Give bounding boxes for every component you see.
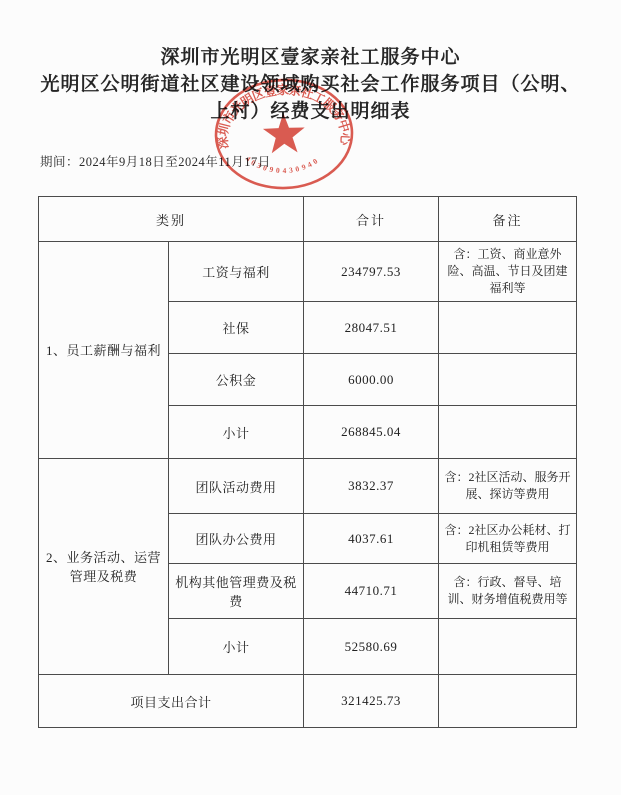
title-line-1: 深圳市光明区壹家亲社工服务中心 — [0, 44, 621, 71]
item-remark: 含：2社区活动、服务开展、探访等费用 — [439, 459, 577, 514]
period-text: 期间：2024年9月18日至2024年11月17日 — [40, 152, 271, 170]
item-amount: 234797.53 — [304, 242, 439, 302]
item-amount: 44710.71 — [304, 564, 439, 619]
header-remark: 备注 — [439, 197, 577, 242]
item-amount: 6000.00 — [304, 354, 439, 406]
item-name: 社保 — [169, 302, 304, 354]
item-name: 工资与福利 — [169, 242, 304, 302]
item-remark: 含：行政、督导、培训、财务增值税费用等 — [439, 564, 577, 619]
item-remark: 含：2社区办公耗材、打印机租赁等费用 — [439, 514, 577, 564]
item-remark — [439, 354, 577, 406]
item-name: 小计 — [169, 406, 304, 459]
header-category: 类别 — [39, 197, 304, 242]
total-row: 项目支出合计 321425.73 — [39, 675, 577, 728]
header-row: 类别 合计 备注 — [39, 197, 577, 242]
scanned-document-page: 深圳市光明区壹家亲社工服务中心 光明区公明街道社区建设领域购买社会工作服务项目（… — [0, 0, 621, 795]
item-amount: 4037.61 — [304, 514, 439, 564]
title-line-3: 上村）经费支出明细表 — [0, 98, 621, 125]
category-group-1: 1、员工薪酬与福利 — [39, 242, 169, 459]
item-remark: 含：工资、商业意外险、高温、节日及团建福利等 — [439, 242, 577, 302]
document-title: 深圳市光明区壹家亲社工服务中心 光明区公明街道社区建设领域购买社会工作服务项目（… — [0, 44, 621, 125]
grand-total-label: 项目支出合计 — [39, 675, 304, 728]
grand-total-amount: 321425.73 — [304, 675, 439, 728]
item-remark — [439, 302, 577, 354]
table-row: 2、业务活动、运营管理及税费 团队活动费用 3832.37 含：2社区活动、服务… — [39, 459, 577, 514]
item-amount: 3832.37 — [304, 459, 439, 514]
expense-table: 类别 合计 备注 1、员工薪酬与福利 工资与福利 234797.53 含：工资、… — [38, 196, 577, 728]
item-name: 公积金 — [169, 354, 304, 406]
item-amount: 28047.51 — [304, 302, 439, 354]
table-row: 1、员工薪酬与福利 工资与福利 234797.53 含：工资、商业意外险、高温、… — [39, 242, 577, 302]
header-total: 合计 — [304, 197, 439, 242]
item-name: 团队办公费用 — [169, 514, 304, 564]
item-name: 团队活动费用 — [169, 459, 304, 514]
grand-total-remark — [439, 675, 577, 728]
item-amount: 268845.04 — [304, 406, 439, 459]
item-amount: 52580.69 — [304, 619, 439, 675]
item-name: 小计 — [169, 619, 304, 675]
title-line-2: 光明区公明街道社区建设领域购买社会工作服务项目（公明、 — [0, 71, 621, 98]
item-remark — [439, 406, 577, 459]
item-remark — [439, 619, 577, 675]
item-name: 机构其他管理费及税费 — [169, 564, 304, 619]
category-group-2: 2、业务活动、运营管理及税费 — [39, 459, 169, 675]
